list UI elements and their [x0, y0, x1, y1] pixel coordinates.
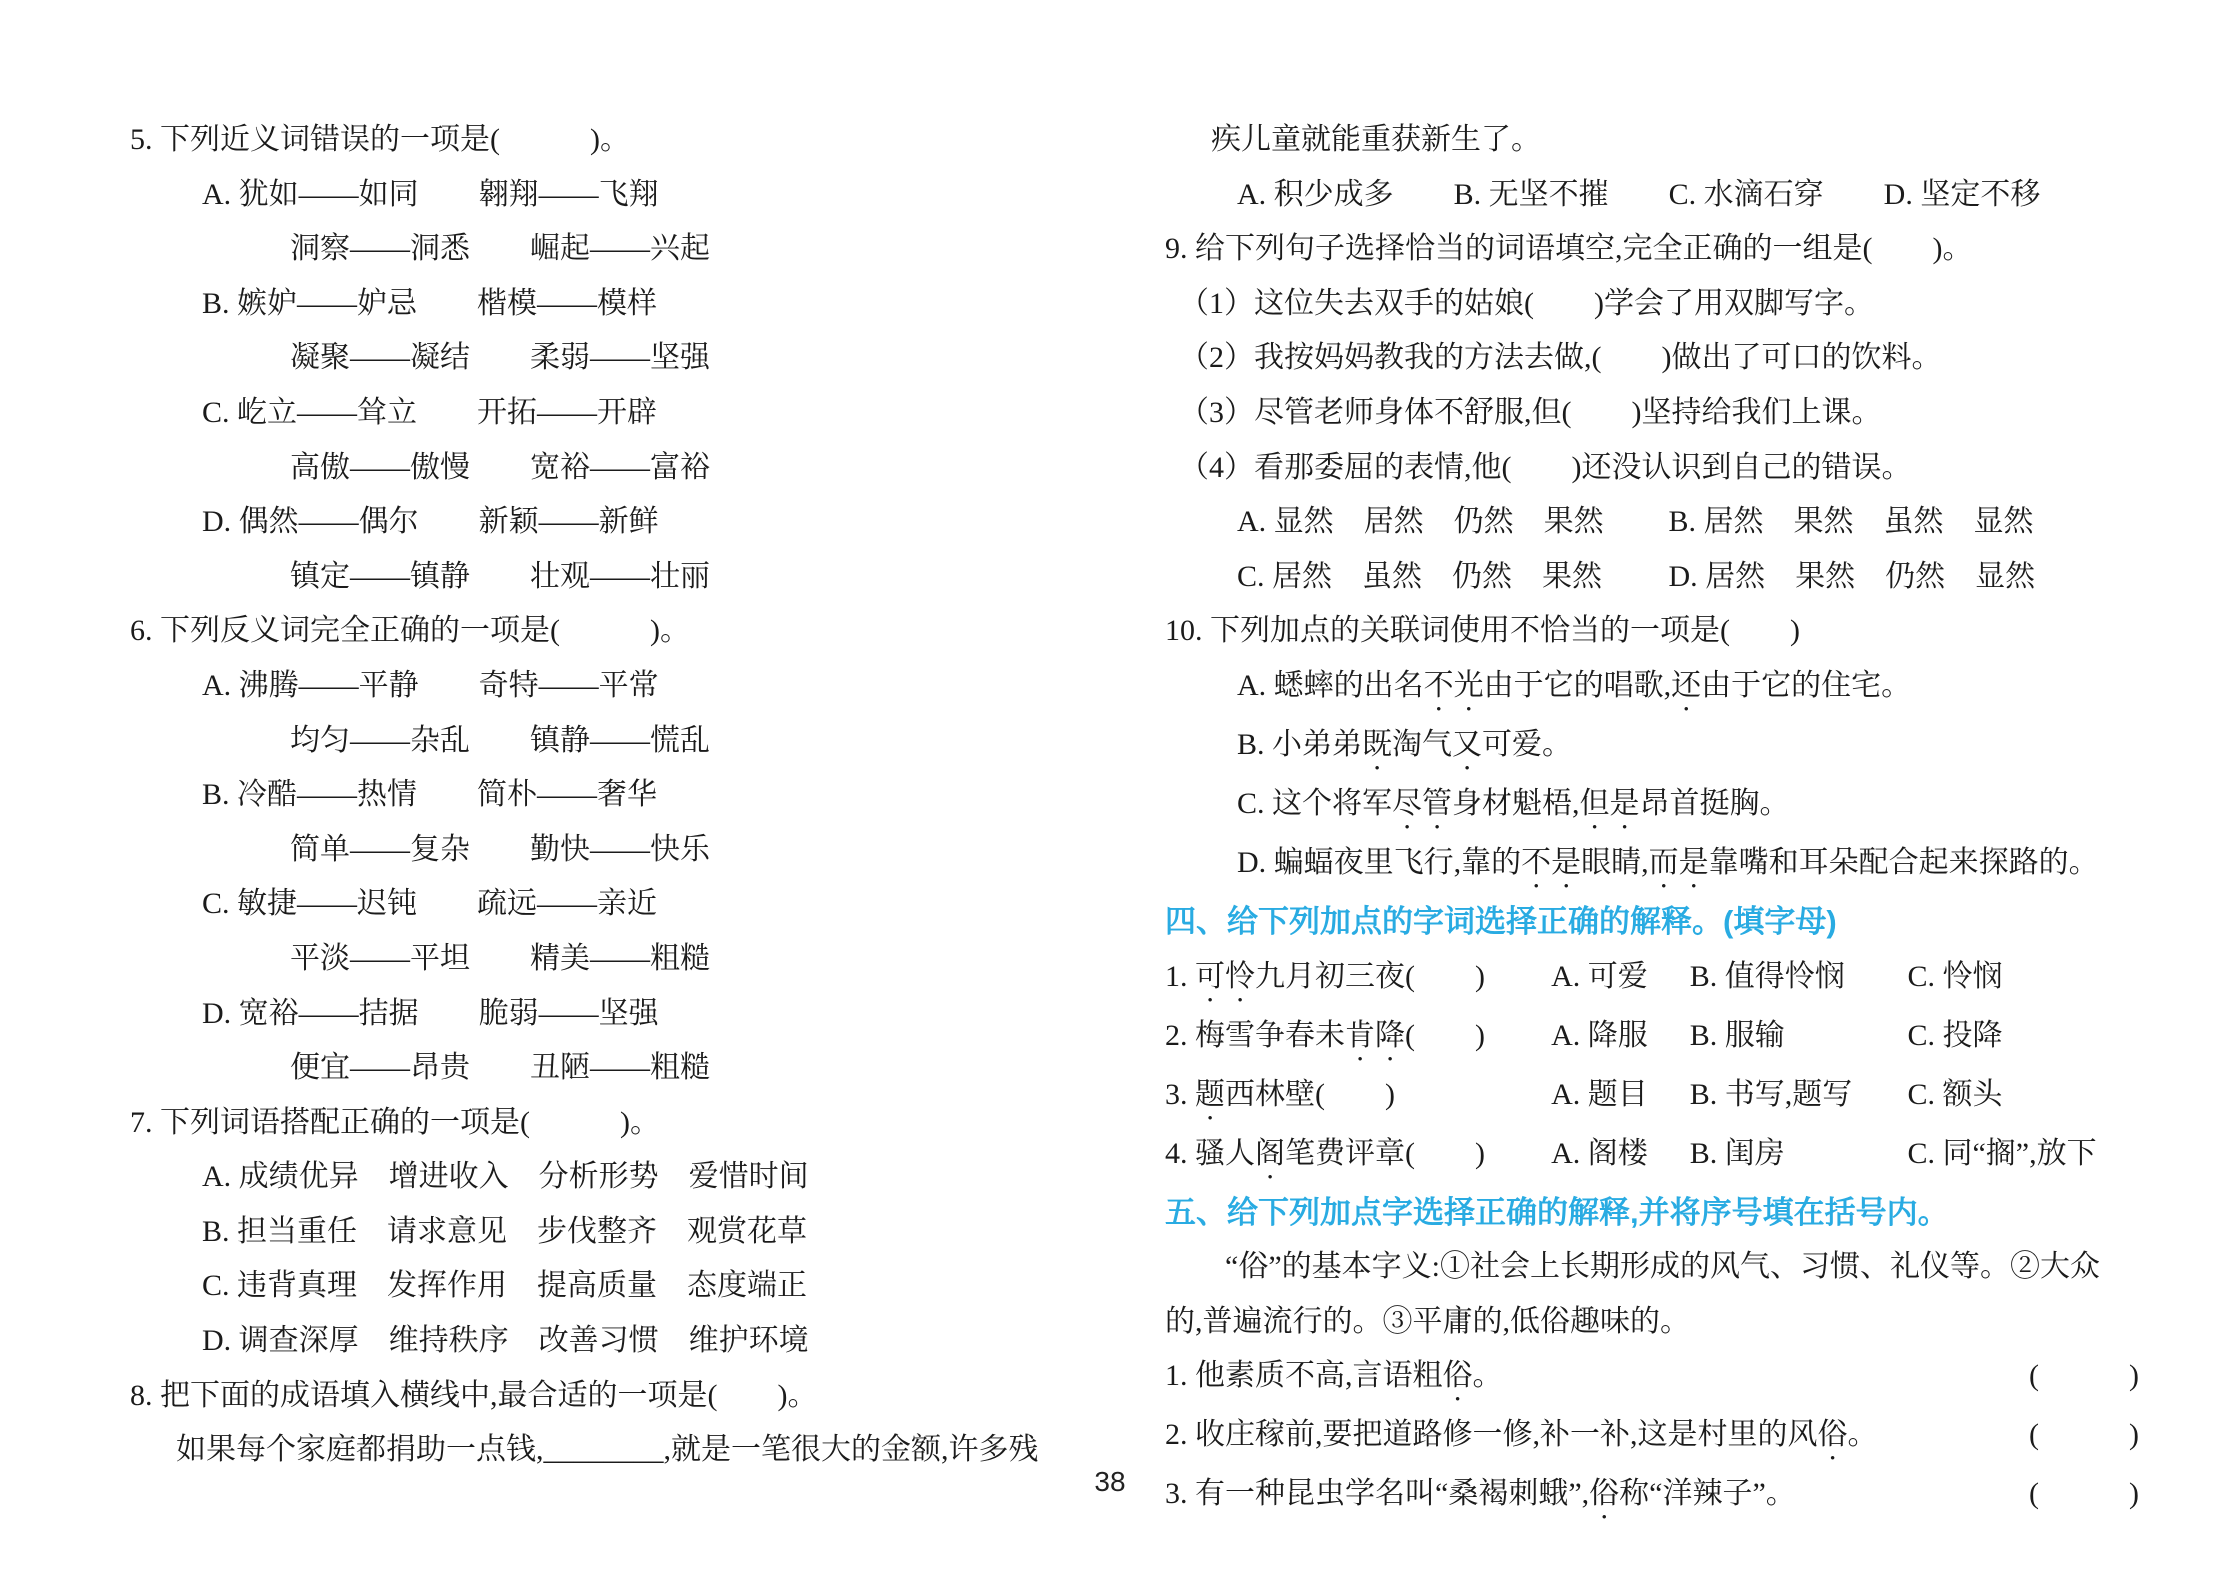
line-text: C. 敏捷——迟钝 疏远——亲近 — [202, 887, 657, 920]
text-segment: B. 服输 — [1690, 1019, 1785, 1052]
section-5-header: 五、给下列加点字选择正确的解释,并将序号填在括号内。 — [1165, 1186, 2155, 1241]
left-column: 5. 下列近义词错误的一项是( )。A. 犹如——如同 翱翔——飞翔洞察——洞悉… — [130, 113, 1120, 1478]
emphasized-word: 尽管 — [1392, 787, 1452, 820]
text-segment: D. 蝙蝠夜里飞行,靠的 — [1237, 846, 1521, 879]
line-text: 10. 下列加点的关联词使用不恰当的一项是( ) — [1165, 614, 1800, 647]
line-text: A. 犹如——如同 翱翔——飞翔 — [202, 178, 659, 211]
q10-option-c: C. 这个将军尽管身材魁梧,但是昂首挺胸。 — [1237, 777, 2155, 836]
emphasized-word: 俗 — [1818, 1418, 1848, 1451]
s5-intro-1: “俗”的基本字义:①社会上长期形成的风气、习惯、礼仪等。②大众 — [1165, 1240, 2155, 1295]
text-segment: B. 书写,题写 — [1690, 1078, 1853, 1111]
column-group: B. 居然 果然 虽然 显然 — [1668, 495, 2033, 550]
text-segment: D. 调查深厚 维持秩序 改善习惯 维护环境 — [202, 1324, 809, 1357]
line-text: 高傲——傲慢 宽裕——富裕 — [290, 451, 710, 484]
line-text: A. 成绩优异 增进收入 分析形势 爱惜时间 — [202, 1160, 809, 1193]
column-group: B. 闺房 — [1690, 1127, 1908, 1182]
text-segment: 平淡——平坦 精美——粗糙 — [290, 942, 710, 975]
q6-option-d-1: D. 宽裕——拮据 脆弱——坚强 — [202, 987, 1120, 1042]
emphasized-word: 还 — [1671, 669, 1701, 702]
text-segment: A. 显然 居然 仍然 果然 — [1237, 505, 1604, 538]
emphasized-word: 肯降 — [1345, 1019, 1405, 1052]
text-segment: B. 小弟弟 — [1237, 728, 1362, 761]
q9-item-2: （2）我按妈妈教我的方法去做,( )做出了可口的饮料。 — [1179, 331, 2155, 386]
text-segment: “俗”的基本字义:①社会上长期形成的风气、习惯、礼仪等。②大众 — [1225, 1250, 2100, 1283]
emphasized-word: 既 — [1362, 728, 1392, 761]
text-segment: C. 这个将军 — [1237, 787, 1392, 820]
emphasized-word: 阁 — [1255, 1137, 1285, 1170]
line-text: A. 沸腾——平静 奇特——平常 — [202, 669, 659, 702]
text-segment: 凝聚——凝结 柔弱——坚强 — [290, 341, 710, 374]
text-segment: A. 积少成多 B. 无坚不摧 C. 水滴石穿 D. 坚定不移 — [1237, 178, 2040, 211]
column-group: B. 书写,题写 — [1690, 1068, 1908, 1123]
line-text: 的,普遍流行的。③平庸的,低俗趣味的。 — [1165, 1305, 1690, 1338]
column-group: A. 显然 居然 仍然 果然 — [1237, 495, 1668, 550]
text-segment: A. 犹如——如同 翱翔——飞翔 — [202, 178, 659, 211]
emphasized-word: 俗 — [1443, 1359, 1473, 1392]
line-text: （3）尽管老师身体不舒服,但( )坚持给我们上课。 — [1179, 396, 1881, 429]
text-segment: 靠嘴和耳朵配合起来探路的。 — [1709, 846, 2099, 879]
s4-item-2: 2. 梅雪争春未肯降( )A. 降服B. 服输C. 投降 — [1165, 1009, 2155, 1068]
line-text: 2. 收庄稼前,要把道路修一修,补一补,这是村里的风俗。 — [1165, 1408, 1878, 1467]
q9-options-ab: A. 显然 居然 仍然 果然B. 居然 果然 虽然 显然 — [1237, 495, 2155, 550]
line-text: D. 宽裕——拮据 脆弱——坚强 — [202, 997, 659, 1030]
emphasized-word: 不是 — [1521, 846, 1581, 879]
text-segment: 眼睛, — [1581, 846, 1649, 879]
text-segment: 简单——复杂 勤快——快乐 — [290, 833, 710, 866]
text-segment: 洞察——洞悉 崛起——兴起 — [290, 232, 710, 265]
line-text: 洞察——洞悉 崛起——兴起 — [290, 232, 710, 265]
line-text: 6. 下列反义词完全正确的一项是( )。 — [130, 614, 690, 647]
column-group: 2. 梅雪争春未肯降( ) — [1165, 1009, 1551, 1068]
text-segment: D. 偶然——偶尔 新颖——新鲜 — [202, 505, 659, 538]
line-text: C. 屹立——耸立 开拓——开辟 — [202, 396, 657, 429]
q5-option-a-2: 洞察——洞悉 崛起——兴起 — [290, 222, 1120, 277]
text-segment: 如果每个家庭都捐助一点钱,________,就是一笔很大的金额,许多残 — [176, 1433, 1039, 1466]
line-text: “俗”的基本字义:①社会上长期形成的风气、习惯、礼仪等。②大众 — [1225, 1250, 2100, 1283]
q10-option-b: B. 小弟弟既淘气又可爱。 — [1237, 718, 2155, 777]
q6-option-a-1: A. 沸腾——平静 奇特——平常 — [202, 659, 1120, 714]
text-segment: 疾儿童就能重获新生了。 — [1211, 123, 1541, 156]
text-segment: 的,普遍流行的。③平庸的,低俗趣味的。 — [1165, 1305, 1690, 1338]
text-segment: 笔费评章( ) — [1285, 1137, 1485, 1170]
q5-option-d-1: D. 偶然——偶尔 新颖——新鲜 — [202, 495, 1120, 550]
text-segment: 五、给下列加点字选择正确的解释,并将序号填在括号内。 — [1165, 1195, 1949, 1230]
s4-item-1: 1. 可怜九月初三夜( )A. 可爱B. 值得怜悯C. 怜悯 — [1165, 950, 2155, 1009]
emphasized-word: 又 — [1452, 728, 1482, 761]
line-text: 镇定——镇静 壮观——壮丽 — [290, 560, 710, 593]
text-segment: （4）看那委屈的表情,他( )还没认识到自己的错误。 — [1179, 451, 1911, 484]
text-segment: C. 违背真理 发挥作用 提高质量 态度端正 — [202, 1269, 807, 1302]
column-group: 4. 骚人阁笔费评章( ) — [1165, 1127, 1551, 1186]
text-segment: A. 题目 — [1551, 1078, 1648, 1111]
text-segment: A. 蟋蟀的出名 — [1237, 669, 1424, 702]
q9-item-3: （3）尽管老师身体不舒服,但( )坚持给我们上课。 — [1179, 386, 2155, 441]
line-text: D. 偶然——偶尔 新颖——新鲜 — [202, 505, 659, 538]
s4-item-4: 4. 骚人阁笔费评章( )A. 阁楼B. 闺房C. 同“搁”,放下 — [1165, 1127, 2155, 1186]
q7-option-b: B. 担当重任 请求意见 步伐整齐 观赏花草 — [202, 1205, 1120, 1260]
q9-options-cd: C. 居然 虽然 仍然 果然D. 居然 果然 仍然 显然 — [1237, 550, 2155, 605]
text-segment: D. 居然 果然 仍然 显然 — [1668, 560, 2035, 593]
line-text: 简单——复杂 勤快——快乐 — [290, 833, 710, 866]
q9-item-1: （1）这位失去双手的姑娘( )学会了用双脚写字。 — [1179, 277, 2155, 332]
text-segment: 淘气 — [1392, 728, 1452, 761]
text-segment: 。 — [1848, 1418, 1878, 1451]
q8-options: A. 积少成多 B. 无坚不摧 C. 水滴石穿 D. 坚定不移 — [1237, 168, 2155, 223]
text-segment: 4. 骚人 — [1165, 1137, 1255, 1170]
column-group: A. 降服 — [1551, 1009, 1690, 1064]
line-text: 7. 下列词语搭配正确的一项是( )。 — [130, 1106, 660, 1139]
line-text: （4）看那委屈的表情,他( )还没认识到自己的错误。 — [1179, 451, 1911, 484]
q7-option-d: D. 调查深厚 维持秩序 改善习惯 维护环境 — [202, 1314, 1120, 1369]
text-segment: 四、给下列加点的字词选择正确的解释。(填字母) — [1165, 904, 1837, 939]
text-segment: D. 宽裕——拮据 脆弱——坚强 — [202, 997, 659, 1030]
line-text: 9. 给下列句子选择恰当的词语填空,完全正确的一组是( )。 — [1165, 232, 1972, 265]
text-segment: B. 值得怜悯 — [1690, 960, 1845, 993]
s5-item-2: 2. 收庄稼前,要把道路修一修,补一补,这是村里的风俗。( ) — [1165, 1408, 2155, 1467]
column-group: B. 服输 — [1690, 1009, 1908, 1064]
text-segment: B. 居然 果然 虽然 显然 — [1668, 505, 2033, 538]
text-segment: A. 降服 — [1551, 1019, 1648, 1052]
emphasized-word: 而是 — [1649, 846, 1709, 879]
line-text: C. 违背真理 发挥作用 提高质量 态度端正 — [202, 1269, 807, 1302]
column-group: A. 可爱 — [1551, 950, 1690, 1005]
text-segment: A. 可爱 — [1551, 960, 1648, 993]
text-segment: 3. — [1165, 1078, 1195, 1111]
answer-bracket: ( ) — [2029, 1408, 2139, 1467]
line-text: 5. 下列近义词错误的一项是( )。 — [130, 123, 630, 156]
q6-option-b-2: 简单——复杂 勤快——快乐 — [290, 823, 1120, 878]
q6-stem: 6. 下列反义词完全正确的一项是( )。 — [130, 604, 1120, 659]
text-segment: C. 怜悯 — [1907, 960, 2002, 993]
q6-option-b-1: B. 冷酷——热情 简朴——奢华 — [202, 768, 1120, 823]
column-group: C. 同“搁”,放下 — [1907, 1127, 2096, 1182]
text-segment: 高傲——傲慢 宽裕——富裕 — [290, 451, 710, 484]
q5-option-b-1: B. 嫉妒——妒忌 楷模——模样 — [202, 277, 1120, 332]
q5-stem: 5. 下列近义词错误的一项是( )。 — [130, 113, 1120, 168]
text-segment: A. 阁楼 — [1551, 1137, 1648, 1170]
text-segment: C. 额头 — [1907, 1078, 2002, 1111]
emphasized-word: 题 — [1195, 1078, 1225, 1111]
text-segment: 镇定——镇静 壮观——壮丽 — [290, 560, 710, 593]
text-segment: A. 成绩优异 增进收入 分析形势 爱惜时间 — [202, 1160, 809, 1193]
text-segment: 由于它的住宅。 — [1701, 669, 1911, 702]
line-text: （2）我按妈妈教我的方法去做,( )做出了可口的饮料。 — [1179, 341, 1941, 374]
line-text: 如果每个家庭都捐助一点钱,________,就是一笔很大的金额,许多残 — [176, 1433, 1039, 1466]
text-segment: 西林壁( ) — [1225, 1078, 1395, 1111]
q5-option-b-2: 凝聚——凝结 柔弱——坚强 — [290, 331, 1120, 386]
text-segment: （3）尽管老师身体不舒服,但( )坚持给我们上课。 — [1179, 396, 1881, 429]
q6-option-c-1: C. 敏捷——迟钝 疏远——亲近 — [202, 877, 1120, 932]
text-segment: 由于它的唱歌, — [1484, 669, 1672, 702]
q7-stem: 7. 下列词语搭配正确的一项是( )。 — [130, 1096, 1120, 1151]
text-segment: 6. 下列反义词完全正确的一项是( )。 — [130, 614, 690, 647]
text-segment: （1）这位失去双手的姑娘( )学会了用双脚写字。 — [1179, 287, 1874, 320]
column-group: A. 阁楼 — [1551, 1127, 1690, 1182]
s5-item-1: 1. 他素质不高,言语粗俗。( ) — [1165, 1349, 2155, 1408]
q5-option-c-1: C. 屹立——耸立 开拓——开辟 — [202, 386, 1120, 441]
q7-option-c: C. 违背真理 发挥作用 提高质量 态度端正 — [202, 1259, 1120, 1314]
text-segment: C. 居然 虽然 仍然 果然 — [1237, 560, 1602, 593]
line-text: A. 积少成多 B. 无坚不摧 C. 水滴石穿 D. 坚定不移 — [1237, 178, 2040, 211]
text-segment: 1. — [1165, 960, 1195, 993]
line-text: D. 蝙蝠夜里飞行,靠的不是眼睛,而是靠嘴和耳朵配合起来探路的。 — [1237, 846, 2099, 879]
line-text: B. 担当重任 请求意见 步伐整齐 观赏花草 — [202, 1215, 807, 1248]
q6-option-a-2: 均匀——杂乱 镇静——慌乱 — [290, 714, 1120, 769]
line-text: 便宜——昂贵 丑陋——粗糙 — [290, 1051, 710, 1084]
text-segment: 便宜——昂贵 丑陋——粗糙 — [290, 1051, 710, 1084]
q8-stem: 8. 把下面的成语填入横线中,最合适的一项是( )。 — [130, 1369, 1120, 1424]
q10-option-a: A. 蟋蟀的出名不光由于它的唱歌,还由于它的住宅。 — [1237, 659, 2155, 718]
line-text: 五、给下列加点字选择正确的解释,并将序号填在括号内。 — [1165, 1195, 1949, 1230]
column-group: C. 居然 虽然 仍然 果然 — [1237, 550, 1668, 605]
q7-option-a: A. 成绩优异 增进收入 分析形势 爱惜时间 — [202, 1150, 1120, 1205]
text-segment: 。 — [1473, 1359, 1503, 1392]
text-segment: B. 冷酷——热情 简朴——奢华 — [202, 778, 657, 811]
text-segment: ( ) — [1405, 1019, 1485, 1052]
column-group: 1. 可怜九月初三夜( ) — [1165, 950, 1551, 1009]
text-segment: 5. 下列近义词错误的一项是( )。 — [130, 123, 630, 156]
column-group: C. 投降 — [1907, 1009, 2002, 1064]
text-segment: 九月初三夜( ) — [1255, 960, 1485, 993]
text-segment: 2. 收庄稼前,要把道路修一修,补一补,这是村里的风 — [1165, 1418, 1818, 1451]
q9-item-4: （4）看那委屈的表情,他( )还没认识到自己的错误。 — [1179, 441, 2155, 496]
section-4-header: 四、给下列加点的字词选择正确的解释。(填字母) — [1165, 895, 2155, 950]
text-segment: B. 嫉妒——妒忌 楷模——模样 — [202, 287, 657, 320]
line-text: 1. 他素质不高,言语粗俗。 — [1165, 1349, 1503, 1408]
page-number: 38 — [0, 1466, 2220, 1498]
line-text: B. 小弟弟既淘气又可爱。 — [1237, 728, 1572, 761]
s5-intro-2: 的,普遍流行的。③平庸的,低俗趣味的。 — [1165, 1295, 2155, 1350]
q5-option-c-2: 高傲——傲慢 宽裕——富裕 — [290, 441, 1120, 496]
column-group: C. 怜悯 — [1907, 950, 2002, 1005]
line-text: B. 嫉妒——妒忌 楷模——模样 — [202, 287, 657, 320]
emphasized-word: 可怜 — [1195, 960, 1255, 993]
emphasized-word: 但是 — [1580, 787, 1640, 820]
line-text: D. 调查深厚 维持秩序 改善习惯 维护环境 — [202, 1324, 809, 1357]
text-segment: 昂首挺胸。 — [1640, 787, 1790, 820]
q10-option-d: D. 蝙蝠夜里飞行,靠的不是眼睛,而是靠嘴和耳朵配合起来探路的。 — [1237, 836, 2155, 895]
column-group: D. 居然 果然 仍然 显然 — [1668, 550, 2035, 605]
text-segment: 可爱。 — [1482, 728, 1572, 761]
line-text: A. 蟋蟀的出名不光由于它的唱歌,还由于它的住宅。 — [1237, 669, 1911, 702]
worksheet-page: { "accent_color": "#29abe2", "page_numbe… — [0, 0, 2220, 1571]
text-segment: 9. 给下列句子选择恰当的词语填空,完全正确的一组是( )。 — [1165, 232, 1972, 265]
line-text: 均匀——杂乱 镇静——慌乱 — [290, 724, 710, 757]
q5-option-a-1: A. 犹如——如同 翱翔——飞翔 — [202, 168, 1120, 223]
text-segment: C. 投降 — [1907, 1019, 2002, 1052]
text-segment: 身材魁梧, — [1452, 787, 1580, 820]
text-segment: C. 敏捷——迟钝 疏远——亲近 — [202, 887, 657, 920]
text-segment: 8. 把下面的成语填入横线中,最合适的一项是( )。 — [130, 1379, 817, 1412]
text-segment: 均匀——杂乱 镇静——慌乱 — [290, 724, 710, 757]
right-column: 疾儿童就能重获新生了。A. 积少成多 B. 无坚不摧 C. 水滴石穿 D. 坚定… — [1165, 113, 2155, 1526]
text-segment: C. 屹立——耸立 开拓——开辟 — [202, 396, 657, 429]
column-group: B. 值得怜悯 — [1690, 950, 1908, 1005]
column-group: C. 额头 — [1907, 1068, 2002, 1123]
text-segment: A. 沸腾——平静 奇特——平常 — [202, 669, 659, 702]
text-segment: C. 同“搁”,放下 — [1907, 1137, 2096, 1170]
q6-option-c-2: 平淡——平坦 精美——粗糙 — [290, 932, 1120, 987]
text-segment: （2）我按妈妈教我的方法去做,( )做出了可口的饮料。 — [1179, 341, 1941, 374]
q10-stem: 10. 下列加点的关联词使用不恰当的一项是( ) — [1165, 604, 2155, 659]
column-group: A. 题目 — [1551, 1068, 1690, 1123]
text-segment: 7. 下列词语搭配正确的一项是( )。 — [130, 1106, 660, 1139]
column-group: 3. 题西林壁( ) — [1165, 1068, 1551, 1127]
s4-item-3: 3. 题西林壁( )A. 题目B. 书写,题写C. 额头 — [1165, 1068, 2155, 1127]
text-segment: B. 闺房 — [1690, 1137, 1785, 1170]
line-text: 四、给下列加点的字词选择正确的解释。(填字母) — [1165, 904, 1837, 939]
text-segment: 1. 他素质不高,言语粗 — [1165, 1359, 1443, 1392]
line-text: 平淡——平坦 精美——粗糙 — [290, 942, 710, 975]
line-text: B. 冷酷——热情 简朴——奢华 — [202, 778, 657, 811]
q6-option-d-2: 便宜——昂贵 丑陋——粗糙 — [290, 1041, 1120, 1096]
text-segment: 2. 梅雪争春未 — [1165, 1019, 1345, 1052]
answer-bracket: ( ) — [2029, 1349, 2139, 1408]
line-text: 8. 把下面的成语填入横线中,最合适的一项是( )。 — [130, 1379, 817, 1412]
line-text: （1）这位失去双手的姑娘( )学会了用双脚写字。 — [1179, 287, 1874, 320]
line-text: 凝聚——凝结 柔弱——坚强 — [290, 341, 710, 374]
text-segment: 10. 下列加点的关联词使用不恰当的一项是( ) — [1165, 614, 1800, 647]
emphasized-word: 不光 — [1424, 669, 1484, 702]
q9-stem: 9. 给下列句子选择恰当的词语填空,完全正确的一组是( )。 — [1165, 222, 2155, 277]
q8-sentence-cont: 疾儿童就能重获新生了。 — [1211, 113, 2155, 168]
line-text: C. 这个将军尽管身材魁梧,但是昂首挺胸。 — [1237, 787, 1790, 820]
q5-option-d-2: 镇定——镇静 壮观——壮丽 — [290, 550, 1120, 605]
text-segment: B. 担当重任 请求意见 步伐整齐 观赏花草 — [202, 1215, 807, 1248]
line-text: 疾儿童就能重获新生了。 — [1211, 123, 1541, 156]
